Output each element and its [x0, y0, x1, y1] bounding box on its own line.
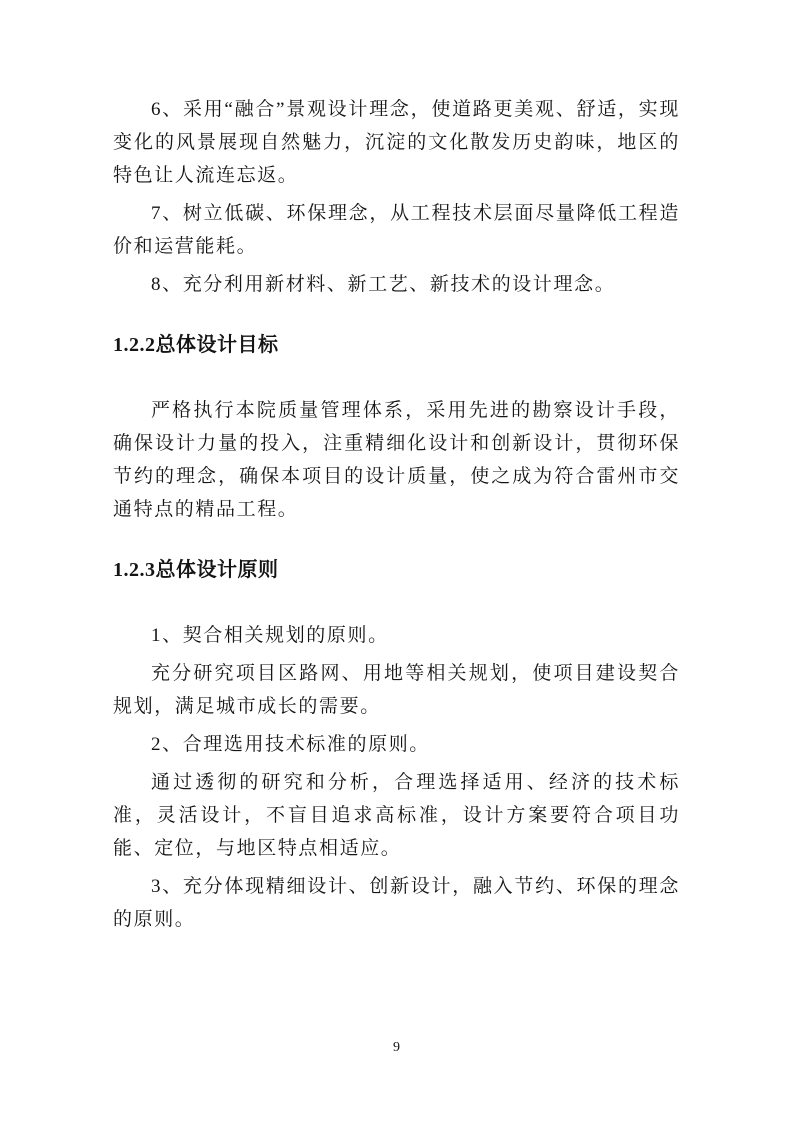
paragraph-principle-2: 2、合理选用技术标准的原则。 — [113, 728, 680, 761]
paragraph-item-6: 6、采用“融合”景观设计理念，使道路更美观、舒适，实现变化的风景展现自然魅力，沉… — [113, 93, 680, 192]
paragraph-principle-1: 1、契合相关规划的原则。 — [113, 619, 680, 652]
paragraph-item-8: 8、充分利用新材料、新工艺、新技术的设计理念。 — [113, 268, 680, 301]
paragraph-design-goal: 严格执行本院质量管理体系，采用先进的勘察设计手段，确保设计力量的投入，注重精细化… — [113, 394, 680, 526]
section-heading-overall-design-principles: 1.2.3总体设计原则 — [113, 557, 680, 583]
paragraph-item-7: 7、树立低碳、环保理念，从工程技术层面尽量降低工程造价和运营能耗。 — [113, 197, 680, 263]
paragraph-principle-3: 3、充分体现精细设计、创新设计，融入节约、环保的理念的原则。 — [113, 870, 680, 936]
document-page: 6、采用“融合”景观设计理念，使道路更美观、舒适，实现变化的风景展现自然魅力，沉… — [0, 0, 793, 1122]
page-footer: 9 — [0, 1038, 793, 1056]
page-number: 9 — [393, 1040, 400, 1055]
paragraph-principle-2-detail: 通过透彻的研究和分析，合理选择适用、经济的技术标准，灵活设计，不盲目追求高标准，… — [113, 766, 680, 865]
paragraph-principle-1-detail: 充分研究项目区路网、用地等相关规划，使项目建设契合规划，满足城市成长的需要。 — [113, 657, 680, 723]
document-content: 6、采用“融合”景观设计理念，使道路更美观、舒适，实现变化的风景展现自然魅力，沉… — [113, 93, 680, 941]
section-heading-overall-design-goal: 1.2.2总体设计目标 — [113, 332, 680, 358]
